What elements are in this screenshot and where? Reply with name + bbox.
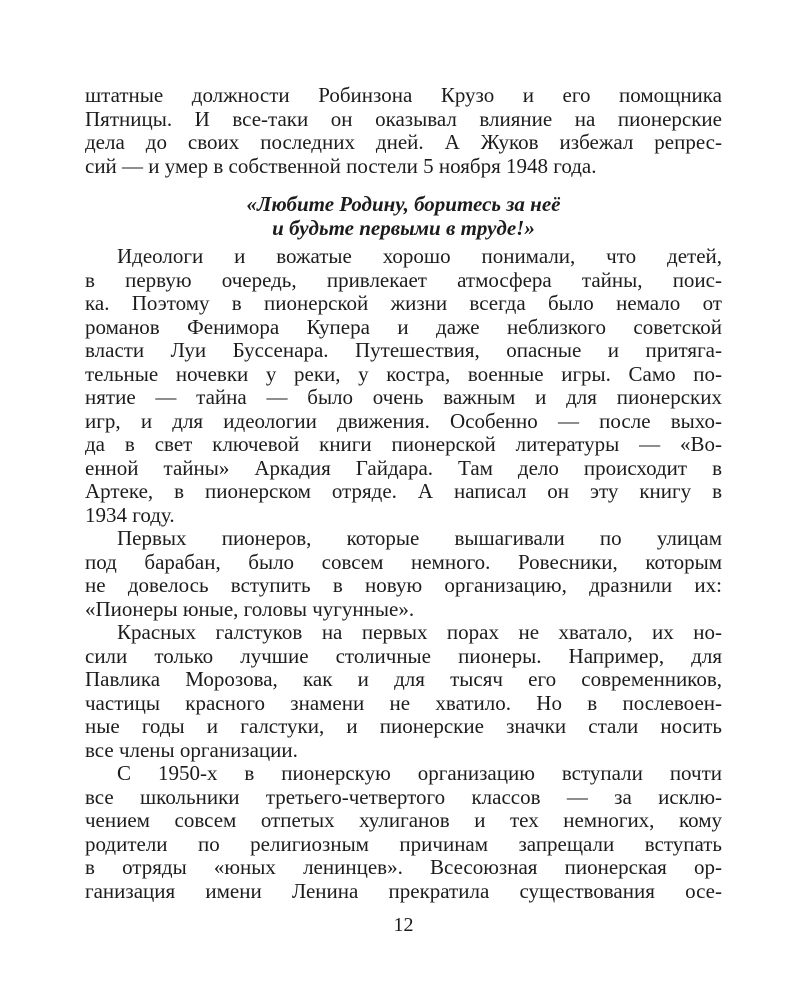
text-line: ка. Поэтому в пионерской жизни всегда бы… xyxy=(85,292,722,316)
text-line: дела до своих последних дней. А Жуков из… xyxy=(85,131,722,155)
text-line: Павлика Морозова, как и для тысяч его со… xyxy=(85,668,722,692)
heading-line: и будьте первыми в труде!» xyxy=(85,216,722,240)
text-line: штатные должности Робинзона Крузо и его … xyxy=(85,84,722,108)
text-line: 1934 году. xyxy=(85,504,722,528)
text-line: в отряды «юных ленинцев». Всесоюзная пио… xyxy=(85,856,722,880)
text-line: игр, и для идеологии движения. Особенно … xyxy=(85,410,722,434)
text-line: сили только лучшие столичные пионеры. На… xyxy=(85,645,722,669)
text-line: чением совсем отпетых хулиганов и тех не… xyxy=(85,809,722,833)
text-line: Красных галстуков на первых порах не хва… xyxy=(85,621,722,645)
text-line: под барабан, было совсем немного. Ровесн… xyxy=(85,551,722,575)
text-line: Артеке, в пионерском отряде. А написал о… xyxy=(85,480,722,504)
paragraph: Красных галстуков на первых порах не хва… xyxy=(85,621,722,762)
text-line: енной тайны» Аркадия Гайдара. Там дело п… xyxy=(85,457,722,481)
text-line: в первую очередь, привлекает атмосфера т… xyxy=(85,269,722,293)
text-line: да в свет ключевой книги пионерской лите… xyxy=(85,433,722,457)
text-line: романов Фенимора Купера и даже неблизког… xyxy=(85,316,722,340)
section-heading: «Любите Родину, боритесь за неёи будьте … xyxy=(85,192,722,240)
text-line: все члены организации. xyxy=(85,739,722,763)
page-text-block: штатные должности Робинзона Крузо и его … xyxy=(85,84,722,903)
text-line: Первых пионеров, которые вышагивали по у… xyxy=(85,527,722,551)
book-page: штатные должности Робинзона Крузо и его … xyxy=(0,0,800,1000)
text-line: не довелось вступить в новую организацию… xyxy=(85,574,722,598)
text-line: все школьники третьего-четвертого классо… xyxy=(85,786,722,810)
text-line: родители по религиозным причинам запреща… xyxy=(85,833,722,857)
heading-line: «Любите Родину, боритесь за неё xyxy=(85,192,722,216)
text-line: сий — и умер в собственной постели 5 ноя… xyxy=(85,155,722,179)
page-number: 12 xyxy=(85,913,722,937)
text-line: Идеологи и вожатые хорошо понимали, что … xyxy=(85,245,722,269)
text-line: власти Луи Буссенара. Путешествия, опасн… xyxy=(85,339,722,363)
text-line: частицы красного знамени не хватило. Но … xyxy=(85,692,722,716)
paragraph: Идеологи и вожатые хорошо понимали, что … xyxy=(85,245,722,527)
text-line: С 1950-х в пионерскую организацию вступа… xyxy=(85,762,722,786)
text-line: тельные ночевки у реки, у костра, военны… xyxy=(85,363,722,387)
text-line: нятие — тайна — было очень важным и для … xyxy=(85,386,722,410)
text-line: «Пионеры юные, головы чугунные». xyxy=(85,598,722,622)
paragraph: С 1950-х в пионерскую организацию вступа… xyxy=(85,762,722,903)
paragraph: штатные должности Робинзона Крузо и его … xyxy=(85,84,722,178)
text-line: Пятницы. И все-таки он оказывал влияние … xyxy=(85,108,722,132)
paragraph: Первых пионеров, которые вышагивали по у… xyxy=(85,527,722,621)
text-line: ные годы и галстуки, и пионерские значки… xyxy=(85,715,722,739)
text-line: ганизация имени Ленина прекратила сущест… xyxy=(85,880,722,904)
